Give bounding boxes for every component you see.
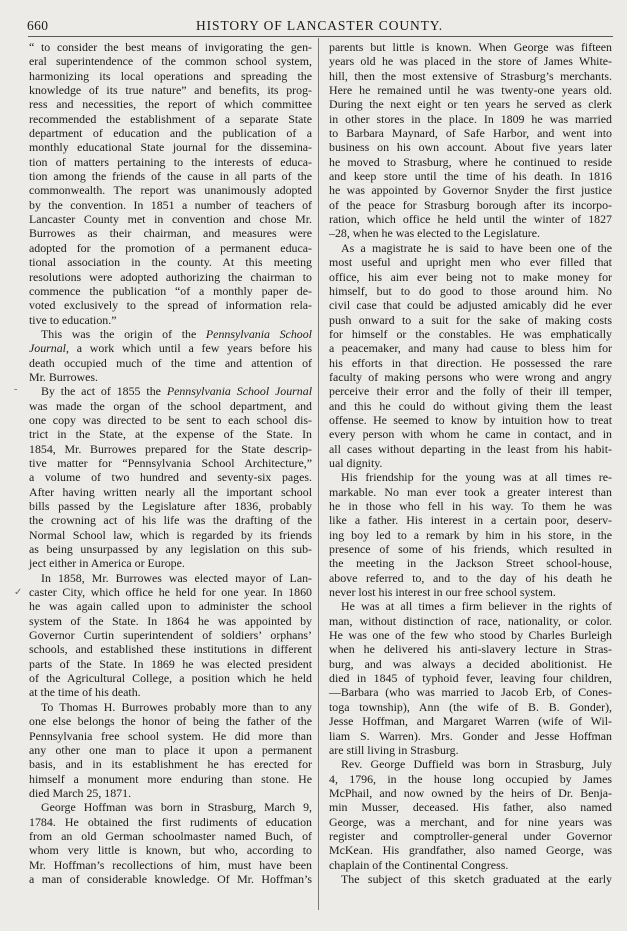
text-line: from an old German schoolmaster named Bu… [29, 829, 312, 843]
text-line: himself, but to do good to those around … [329, 284, 612, 298]
text-line: Mr. Burrowes. [29, 370, 312, 384]
text-line: –28, when he was elected to the Legislat… [329, 226, 612, 240]
text-line: every person with whom he came in contac… [329, 427, 612, 441]
text-line: To Thomas H. Burrowes probably more than… [29, 700, 312, 714]
text-line: tive matter for “Pennsylvania School Arc… [29, 456, 312, 470]
text-line: toga township), Ann (the wife of B. B. G… [329, 700, 612, 714]
text-line: ing boy led to a remark by him in his st… [329, 528, 612, 542]
text-line: at the time of his death. [29, 685, 312, 699]
text-line: Mr. Hoffman’s recollections of him, must… [29, 858, 312, 872]
margin-mark: ✓ [14, 587, 22, 598]
text-line: the crowning act of his life was the dra… [29, 513, 312, 527]
text-line: in other stores in the place. In 1809 he… [329, 112, 612, 126]
text-line: Here he remained until he was twenty-one… [329, 83, 612, 97]
text-line: “ to consider the best means of invigora… [29, 40, 312, 54]
text-line: he was again called upon to administer t… [29, 599, 312, 613]
text-line: like a father. His interest in a certain… [329, 513, 612, 527]
text-line: eral superintendence of the common schoo… [29, 54, 312, 68]
text-line: are still living in Strasburg. [329, 743, 612, 757]
text-line: of the peace for Strasburg borough after… [329, 198, 612, 212]
text-line: chaplain of the Continental Congress. [329, 858, 612, 872]
text-line: 1854, Mr. Burrowes prepared for the Stat… [29, 442, 312, 456]
text-line: harmonizing its local operations and spr… [29, 69, 312, 83]
text-line: After having written nearly all the impo… [29, 485, 312, 499]
text-line: parts of the State. In 1869 he was elect… [29, 657, 312, 671]
text-line: years old he was placed in the store of … [329, 54, 612, 68]
text-line: commonwealth. The report was unanimously… [29, 183, 312, 197]
text-line: he moved to Strasburg, where he continue… [329, 155, 612, 169]
text-line: George Hoffman was born in Strasburg, Ma… [29, 800, 312, 814]
text-line: died March 25, 1871. [29, 786, 312, 800]
text-line: for himself or the constables. He was em… [329, 327, 612, 341]
text-line: a peacemaker, and many had cause to bles… [329, 341, 612, 355]
text-line: tion of matters pertaining to the intere… [29, 155, 312, 169]
text-line: His friendship for the young was at all … [329, 470, 612, 484]
text-line: the meeting in the Jackson Street school… [329, 556, 612, 570]
book-page: 660 HISTORY OF LANCASTER COUNTY. “ to co… [0, 0, 627, 931]
text-line: Jesse Hoffman, and Margaret Warren (wife… [329, 714, 612, 728]
text-line: and keep store until the time of his dea… [329, 169, 612, 183]
text-line: During the next eight or ten years he se… [329, 97, 612, 111]
text-line: ject either in America or Europe. [29, 556, 312, 570]
text-line: markable. No man ever took a greater int… [329, 485, 612, 499]
text-line: hill, then the most extensive of Strasbu… [329, 69, 612, 83]
text-line: basis, and in its establishment he has e… [29, 757, 312, 771]
italic-title: Journal [29, 341, 66, 355]
text-line: when he delivered his anti-slavery lectu… [329, 642, 612, 656]
text-line: Normal School law, which is regarded by … [29, 528, 312, 542]
text-line: faculty of making persons who were wrong… [329, 370, 612, 384]
text-line: As a magistrate he is said to have been … [329, 241, 612, 255]
text-line: never lost his interest in our free scho… [329, 585, 612, 599]
text-line: death occupied much of the time and atte… [29, 356, 312, 370]
text-line: civil case that could be adjusted amicab… [329, 298, 612, 312]
text-line: By the act of 1855 the Pennsylvania Scho… [29, 384, 312, 398]
text-line: ual dignity. [329, 456, 612, 470]
text-line: tive to education.” [29, 313, 312, 327]
text-line: min Musser, deceased. His father, also n… [329, 800, 612, 814]
text-line: died in 1845 of typhoid fever, leaving f… [329, 671, 612, 685]
text-line: any other one man to place it upon a per… [29, 743, 312, 757]
column-divider [318, 38, 319, 910]
text-line: system of the State. In 1864 he was appo… [29, 614, 312, 628]
italic-title: Pennsylvania School [206, 327, 312, 341]
text-line: tion among the friends of the cause in a… [29, 169, 312, 183]
text-line: He was at all times a firm believer in t… [329, 599, 612, 613]
margin-mark: - [14, 384, 17, 395]
text-line: ration, which office he held until the w… [329, 212, 612, 226]
text-line: one copy was directed to be sent to each… [29, 413, 312, 427]
text-line: He was one of the few who stood by Charl… [329, 628, 612, 642]
text-line: voted exclusively to the spread of infor… [29, 298, 312, 312]
text-line: Governor Curtin superintendent of soldie… [29, 628, 312, 642]
text-line: to Barbara Maynard, of Safe Harbor, and … [329, 126, 612, 140]
text-line: caster City, which office he held for on… [29, 585, 312, 599]
text-line: most useful and upright men who ever fil… [329, 255, 612, 269]
text-line: bills passed by the Legislature after 18… [29, 499, 312, 513]
text-line: McKean. His grandfather, also named Geor… [329, 843, 612, 857]
text-line: was made the organ of the school departm… [29, 399, 312, 413]
text-line: Journal, a work which until a few years … [29, 341, 312, 355]
text-line: Lancaster County met in convention and c… [29, 212, 312, 226]
text-line: all cases without departing in the least… [329, 442, 612, 456]
text-line: liam S. Warren). Mrs. Gonder and Jesse H… [329, 729, 612, 743]
text-line: Rev. George Duffield was born in Strasbu… [329, 757, 612, 771]
text-line: and this he could do without giving them… [329, 399, 612, 413]
text-line: monthly educational State journal for th… [29, 140, 312, 154]
text-line: tional association in the county. At thi… [29, 255, 312, 269]
text-line: 1784. He obtained the first rudiments of… [29, 815, 312, 829]
text-line: push onward to a suit for the sake of ma… [329, 313, 612, 327]
text-line: schools, and established these instituti… [29, 642, 312, 656]
text-line: 4, 1796, in the house long occupied by J… [329, 772, 612, 786]
text-line: burg, and was always a decided abolition… [329, 657, 612, 671]
text-line: business on his own account. About five … [329, 140, 612, 154]
text-line: parents but little is known. When George… [329, 40, 612, 54]
text-line: man, without distinction of race, nation… [329, 614, 612, 628]
text-line: trict in the State, at the expense of th… [29, 427, 312, 441]
header-rule [28, 36, 613, 37]
text-line: perceive their error and the folly of th… [329, 384, 612, 398]
text-line: by the convention. In 1851 a number of t… [29, 198, 312, 212]
text-line: —Barbara (who was married to Jacob Erb, … [329, 685, 612, 699]
page-header: 660 HISTORY OF LANCASTER COUNTY. [27, 18, 612, 34]
text-line: above referred to, and to the day of his… [329, 571, 612, 585]
text-line: commence the publication “of a monthly p… [29, 284, 312, 298]
text-line: register and comptroller-general under G… [329, 829, 612, 843]
text-line: ress and necessities, the report of whic… [29, 97, 312, 111]
running-title: HISTORY OF LANCASTER COUNTY. [27, 18, 612, 34]
text-line: presence of some of his friends, which r… [329, 542, 612, 556]
text-line: George, was a merchant, and for nine yea… [329, 815, 612, 829]
italic-title: Pennsylvania School Journal [167, 384, 312, 398]
text-line: adopted for the promotion of a permanent… [29, 241, 312, 255]
text-line: of the Agricultural College, a position … [29, 671, 312, 685]
text-line: office, his aim ever being not to make m… [329, 270, 612, 284]
text-line: a man of considerable knowledge. Of Mr. … [29, 872, 312, 886]
left-column: “ to consider the best means of invigora… [29, 40, 312, 886]
text-line: This was the origin of the Pennsylvania … [29, 327, 312, 341]
text-line: knowledge of its true nature” and benefi… [29, 83, 312, 97]
text-line: he in those who fell in his way. To them… [329, 499, 612, 513]
text-line: one else belongs the honor of being the … [29, 714, 312, 728]
text-line: recommended the establishment of a separ… [29, 112, 312, 126]
text-line: In 1858, Mr. Burrowes was elected mayor … [29, 571, 312, 585]
text-line: Pennsylvania free school system. He did … [29, 729, 312, 743]
right-column: parents but little is known. When George… [329, 40, 612, 886]
text-line: a volume of two hundred and seventy-six … [29, 470, 312, 484]
text-line: McPhail, and now owned by the heirs of D… [329, 786, 612, 800]
text-line: himself a monument more enduring than st… [29, 772, 312, 786]
text-line: offense. He seemed to know by intuition … [329, 413, 612, 427]
text-line: his efforts in that direction. He posses… [329, 356, 612, 370]
text-line: whom very little is known, but who, acco… [29, 843, 312, 857]
text-line: as being unsurpassed by any legislation … [29, 542, 312, 556]
text-line: he was appointed by Governor Snyder the … [329, 183, 612, 197]
text-line: The subject of this sketch graduated at … [329, 872, 612, 886]
text-line: Burrowes as their chairman, and measures… [29, 226, 312, 240]
text-line: department of education and the publicat… [29, 126, 312, 140]
text-line: resolutions were adopted authorizing the… [29, 270, 312, 284]
